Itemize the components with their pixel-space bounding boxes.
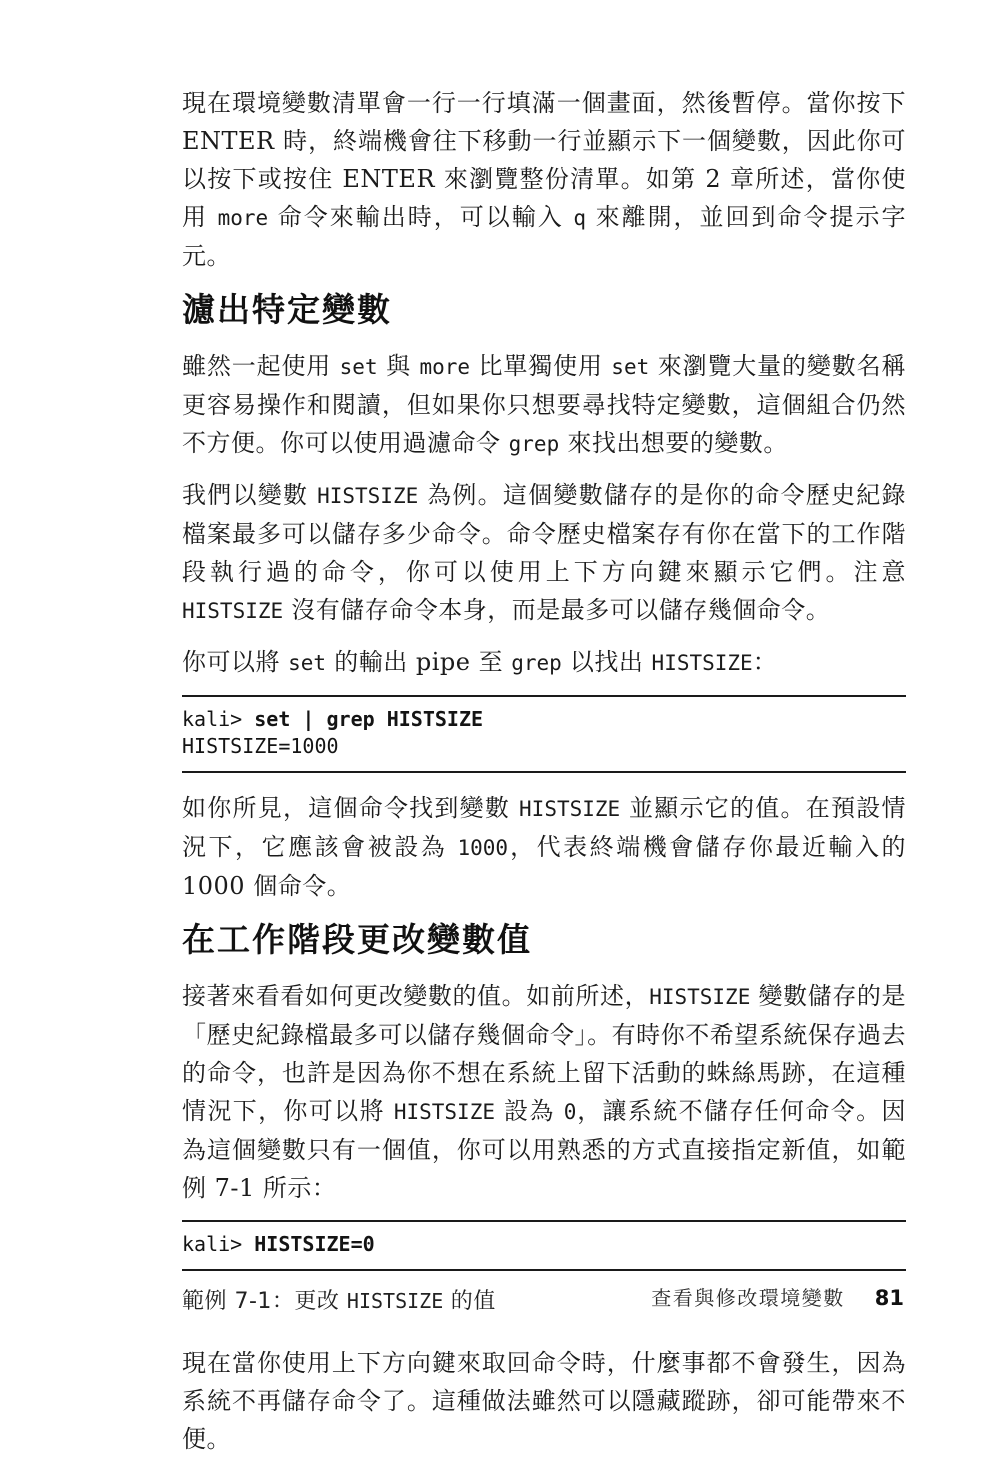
- code-command-line: kali> set | grep HISTSIZE: [182, 706, 906, 733]
- paragraph-change: 接著來看看如何更改變數的值。如前所述，HISTSIZE 變數儲存的是「歷史紀錄檔…: [182, 977, 906, 1207]
- code-listing-grep-histsize: kali> set | grep HISTSIZE HISTSIZE=1000: [182, 695, 906, 773]
- footer-page-number: 81: [875, 1286, 904, 1310]
- section-heading-filter-variables: 濾出特定變數: [182, 288, 906, 332]
- paragraph-final: 現在當你使用上下方向鍵來取回命令時，什麼事都不會發生，因為系統不再儲存命令了。這…: [182, 1344, 906, 1458]
- shell-prompt: kali>: [182, 707, 254, 731]
- code-command-line: kali> HISTSIZE=0: [182, 1231, 906, 1258]
- code-listing-set-histsize-zero: kali> HISTSIZE=0: [182, 1220, 906, 1271]
- shell-command: HISTSIZE=0: [254, 1232, 374, 1256]
- shell-prompt: kali>: [182, 1232, 254, 1256]
- paragraph-filter-2: 我們以變數 HISTSIZE 為例。這個變數儲存的是你的命令歷史紀錄檔案最多可以…: [182, 476, 906, 630]
- paragraph-intro: 現在環境變數清單會一行一行填滿一個畫面，然後暫停。當你按下 ENTER 時，終端…: [182, 84, 906, 275]
- book-page: 現在環境變數清單會一行一行填滿一個畫面，然後暫停。當你按下 ENTER 時，終端…: [0, 0, 1000, 1353]
- paragraph-pipe-lead: 你可以將 set 的輸出 pipe 至 grep 以找出 HISTSIZE：: [182, 643, 906, 682]
- code-output-line: HISTSIZE=1000: [182, 733, 906, 760]
- section-heading-change-variable: 在工作階段更改變數值: [182, 918, 906, 962]
- shell-command: set | grep HISTSIZE: [254, 707, 483, 731]
- page-footer: 查看與修改環境變數 81: [651, 1282, 904, 1311]
- content-column: 現在環境變數清單會一行一行填滿一個畫面，然後暫停。當你按下 ENTER 時，終端…: [182, 84, 906, 1471]
- footer-section-title: 查看與修改環境變數: [651, 1282, 845, 1311]
- paragraph-result: 如你所見，這個命令找到變數 HISTSIZE 並顯示它的值。在預設情況下，它應該…: [182, 789, 906, 905]
- paragraph-filter-1: 雖然一起使用 set 與 more 比單獨使用 set 來瀏覽大量的變數名稱更容…: [182, 347, 906, 463]
